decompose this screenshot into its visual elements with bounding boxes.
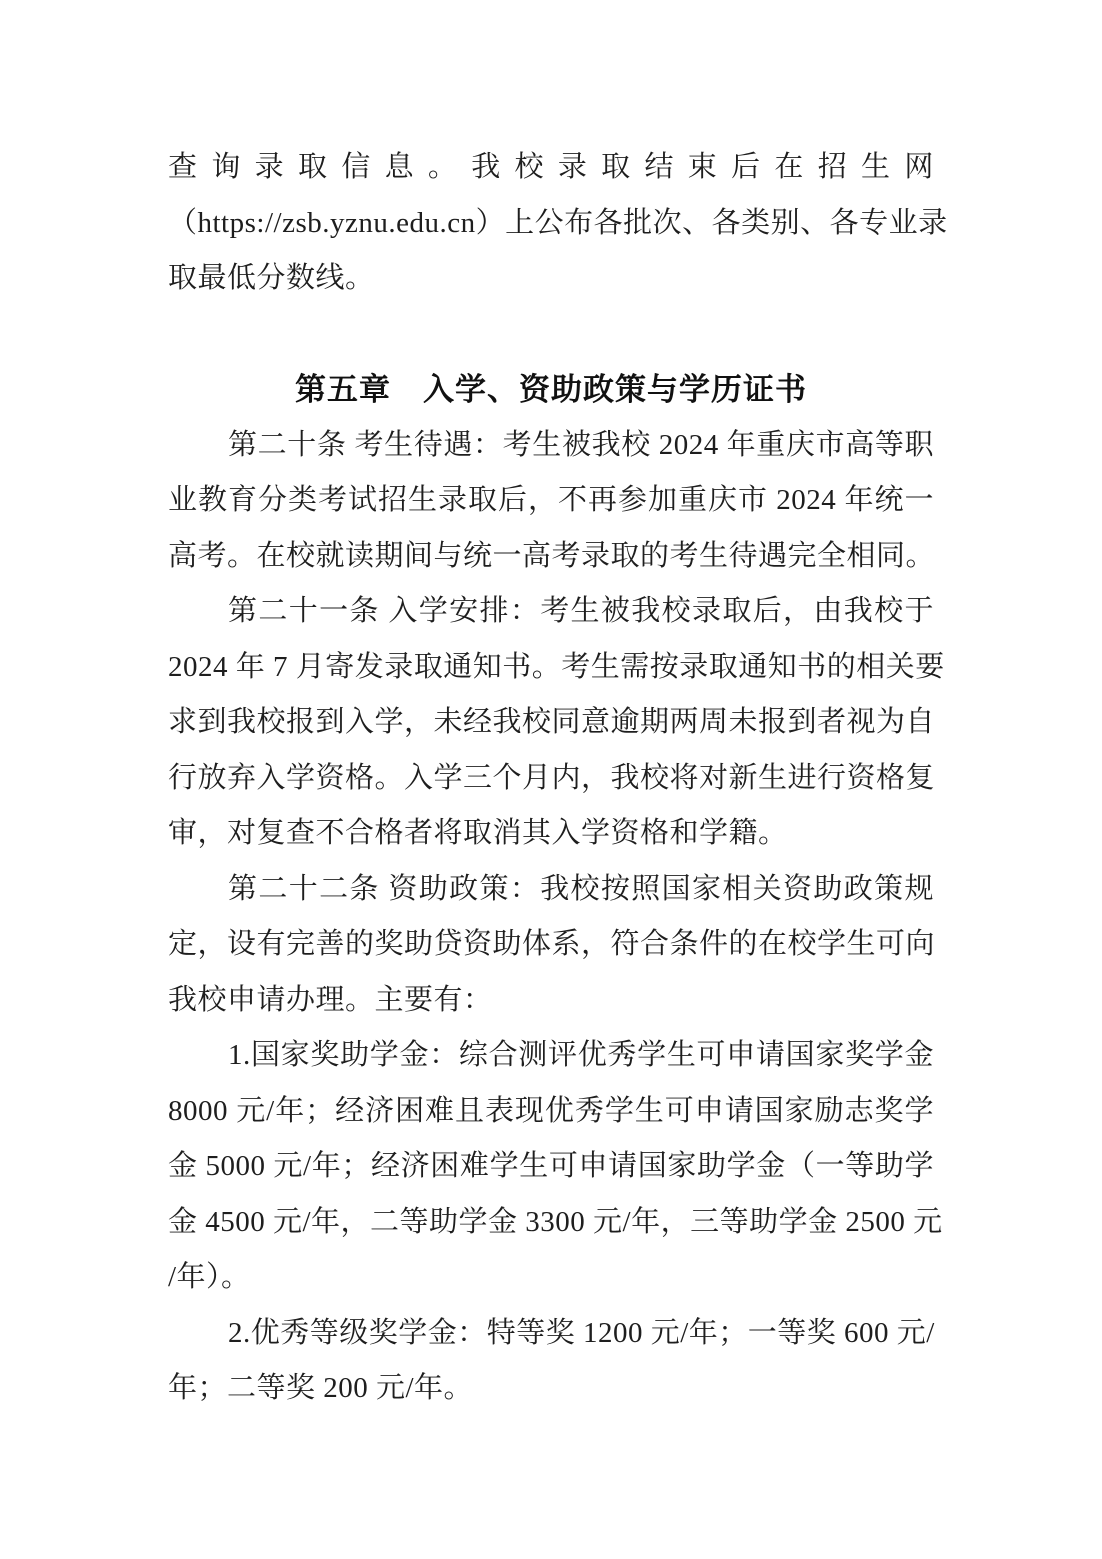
article-20-line-2: 业教育分类考试招生录取后，不再参加重庆市 2024 年统一 — [168, 473, 934, 529]
aid-item-1-line-1: 1.国家奖助学金：综合测评优秀学生可申请国家奖学金 — [168, 1028, 934, 1084]
intro-line-3: 取最低分数线。 — [168, 251, 934, 307]
aid-item-1-line-2: 8000 元/年；经济困难且表现优秀学生可申请国家励志奖学 — [168, 1084, 934, 1140]
aid-item-2-line-1: 2.优秀等级奖学金：特等奖 1200 元/年；一等奖 600 元/ — [168, 1306, 934, 1362]
article-22-line-3: 我校申请办理。主要有： — [168, 973, 934, 1029]
article-21-line-2: 2024 年 7 月寄发录取通知书。考生需按录取通知书的相关要 — [168, 640, 934, 696]
article-22-line-1: 第二十二条 资助政策：我校按照国家相关资助政策规 — [168, 862, 934, 918]
aid-item-1-line-4: 金 4500 元/年，二等助学金 3300 元/年，三等助学金 2500 元 — [168, 1195, 934, 1251]
aid-item-2-line-2: 年；二等奖 200 元/年。 — [168, 1361, 934, 1417]
article-21-line-3: 求到我校报到入学，未经我校同意逾期两周未报到者视为自 — [168, 695, 934, 751]
aid-item-1-line-5: /年）。 — [168, 1250, 934, 1306]
article-21-line-4: 行放弃入学资格。入学三个月内，我校将对新生进行资格复 — [168, 751, 934, 807]
article-20-line-1: 第二十条 考生待遇：考生被我校 2024 年重庆市高等职 — [168, 418, 934, 474]
intro-line-2-with-url: （https://zsb.yznu.edu.cn）上公布各批次、各类别、各专业录 — [168, 196, 934, 252]
chapter-heading: 第五章 入学、资助政策与学历证书 — [168, 362, 934, 418]
aid-item-1-line-3: 金 5000 元/年；经济困难学生可申请国家助学金（一等助学 — [168, 1139, 934, 1195]
intro-line-1: 查询录取信息。我校录取结束后在招生网 — [168, 140, 934, 196]
article-22-line-2: 定，设有完善的奖助贷资助体系，符合条件的在校学生可向 — [168, 917, 934, 973]
article-21-line-1: 第二十一条 入学安排：考生被我校录取后，由我校于 — [168, 584, 934, 640]
article-20-line-3: 高考。在校就读期间与统一高考录取的考生待遇完全相同。 — [168, 529, 934, 585]
text-column: 查询录取信息。我校录取结束后在招生网 （https://zsb.yznu.edu… — [168, 140, 934, 1417]
blank-line — [168, 307, 934, 363]
article-21-line-5: 审，对复查不合格者将取消其入学资格和学籍。 — [168, 806, 934, 862]
document-page: 查询录取信息。我校录取结束后在招生网 （https://zsb.yznu.edu… — [0, 0, 1102, 1559]
